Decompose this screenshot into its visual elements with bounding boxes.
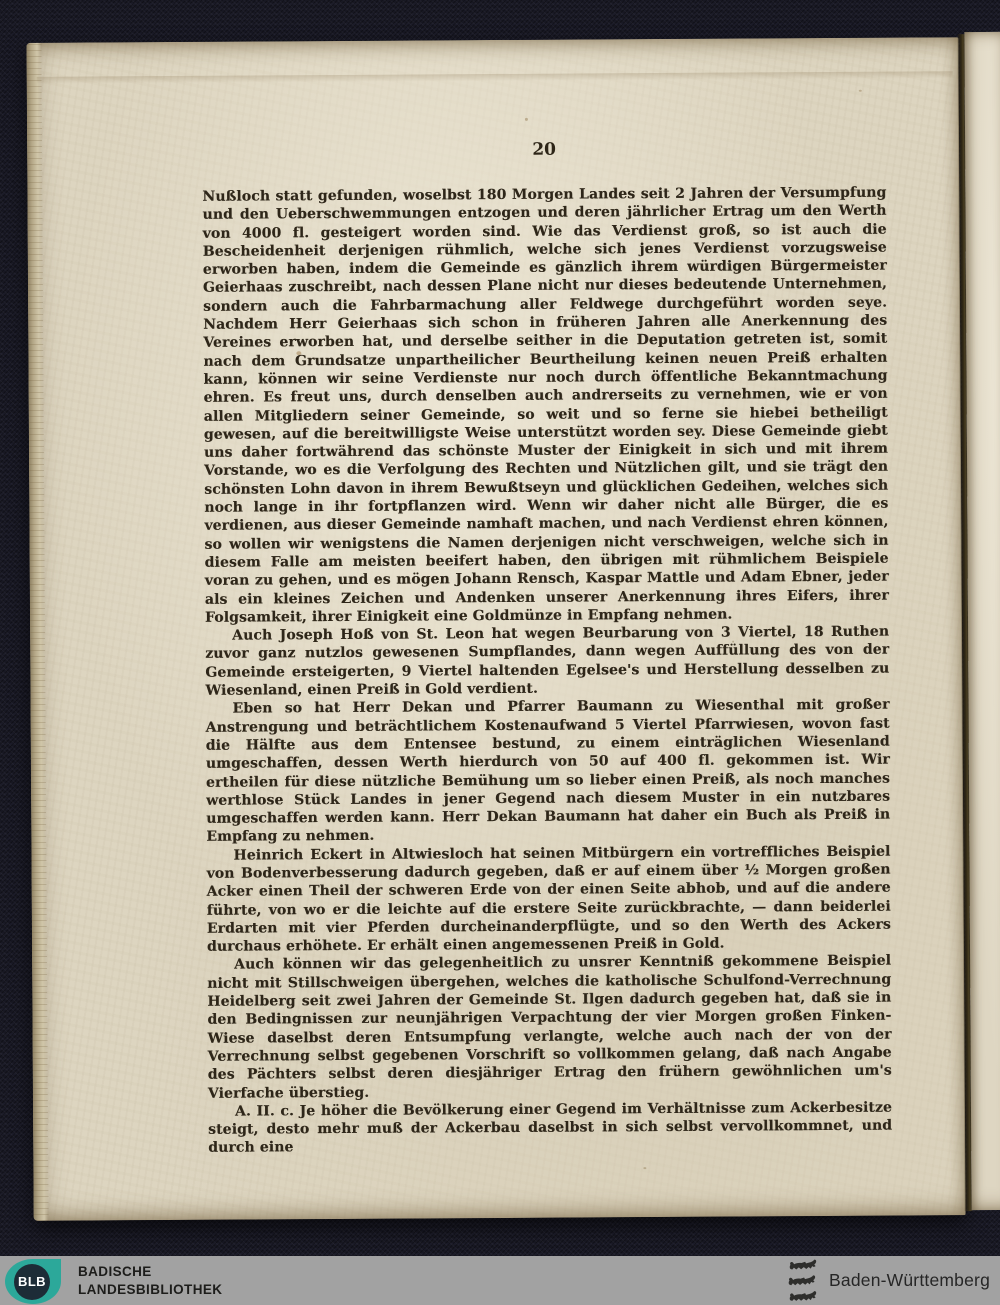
library-brand: BLB BADISCHE LANDESBIBLIOTHEK bbox=[5, 1258, 222, 1304]
paper-speck bbox=[525, 118, 528, 121]
page-edge-stack bbox=[26, 43, 48, 1221]
baden-wuerttemberg-coat-of-arms-icon bbox=[785, 1259, 818, 1303]
scanned-page: 20 Nußloch statt gefunden, woselbst 180 … bbox=[26, 37, 965, 1221]
paper-speck bbox=[859, 90, 862, 92]
library-name-line2: LANDESBIBLIOTHEK bbox=[78, 1281, 222, 1299]
body-paragraph: Nußloch statt gefunden, woselbst 180 Mor… bbox=[202, 184, 889, 627]
library-name: BADISCHE LANDESBIBLIOTHEK bbox=[78, 1263, 222, 1299]
body-paragraph: Auch Joseph Hoß von St. Leon hat wegen B… bbox=[205, 623, 889, 700]
state-name-label: Baden-Württemberg bbox=[829, 1270, 990, 1291]
body-paragraph: A. II. c. Je höher die Bevölkerung einer… bbox=[208, 1098, 892, 1157]
blb-logo-monogram: BLB bbox=[14, 1264, 50, 1300]
fraktur-text-block: Nußloch statt gefunden, woselbst 180 Mor… bbox=[202, 184, 892, 1158]
next-page-edge bbox=[964, 32, 1000, 1210]
page-number: 20 bbox=[202, 138, 886, 162]
body-paragraph: Heinrich Eckert in Altwiesloch hat seine… bbox=[206, 842, 891, 956]
paper-speck bbox=[643, 1167, 646, 1169]
body-paragraph: Eben so hat Herr Dekan und Pfarrer Bauma… bbox=[205, 696, 890, 847]
photograph-background: 20 Nußloch statt gefunden, woselbst 180 … bbox=[0, 0, 1000, 1305]
state-brand: Baden-Württemberg bbox=[785, 1259, 990, 1303]
library-branding-bar: BLB BADISCHE LANDESBIBLIOTHEK Baden-Würt… bbox=[0, 1256, 1000, 1305]
page-content: 20 Nußloch statt gefunden, woselbst 180 … bbox=[202, 138, 892, 1158]
library-name-line1: BADISCHE bbox=[78, 1263, 222, 1281]
blb-logo-icon: BLB bbox=[5, 1259, 61, 1304]
body-paragraph: Auch können wir das gelegenheitlich zu u… bbox=[207, 952, 892, 1103]
book-scan: 20 Nußloch statt gefunden, woselbst 180 … bbox=[0, 0, 1000, 1305]
paper-crease bbox=[37, 71, 953, 84]
